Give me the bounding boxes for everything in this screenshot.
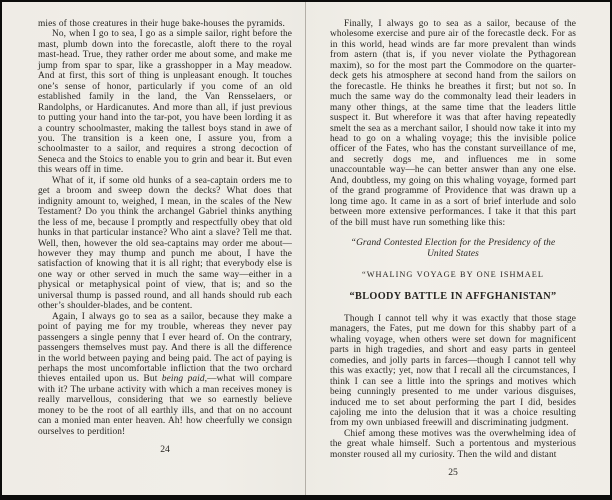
paragraph: Again, I always go to sea as a sailor, b… <box>38 312 292 437</box>
quote-italic: “Grand Contested Election for the Presid… <box>330 238 576 259</box>
left-page: mies of those creatures in their huge ba… <box>2 2 306 495</box>
left-page-number: 24 <box>38 444 292 455</box>
right-page: Finally, I always go to sea as a sailor,… <box>306 2 610 495</box>
right-page-number: 25 <box>330 467 576 478</box>
quote-bold: “BLOODY BATTLE IN AFFGHANISTAN” <box>330 292 576 302</box>
book-scan: mies of those creatures in their huge ba… <box>0 0 612 500</box>
paragraph: What of it, if some old hunks of a sea-c… <box>38 176 292 312</box>
paragraph: No, when I go to sea, I go as a simple s… <box>38 29 292 175</box>
paragraph: Chief among these motives was the overwh… <box>330 429 576 460</box>
paragraph: mies of those creatures in their huge ba… <box>38 19 292 29</box>
book-spread: mies of those creatures in their huge ba… <box>2 2 610 495</box>
left-page-text: mies of those creatures in their huge ba… <box>38 19 292 437</box>
right-page-text: Finally, I always go to sea as a sailor,… <box>330 19 576 460</box>
quote-smallcaps: “WHALING VOYAGE BY ONE ISHMAEL <box>330 270 576 280</box>
paragraph: Finally, I always go to sea as a sailor,… <box>330 19 576 228</box>
paragraph: Though I cannot tell why it was exactly … <box>330 314 576 429</box>
